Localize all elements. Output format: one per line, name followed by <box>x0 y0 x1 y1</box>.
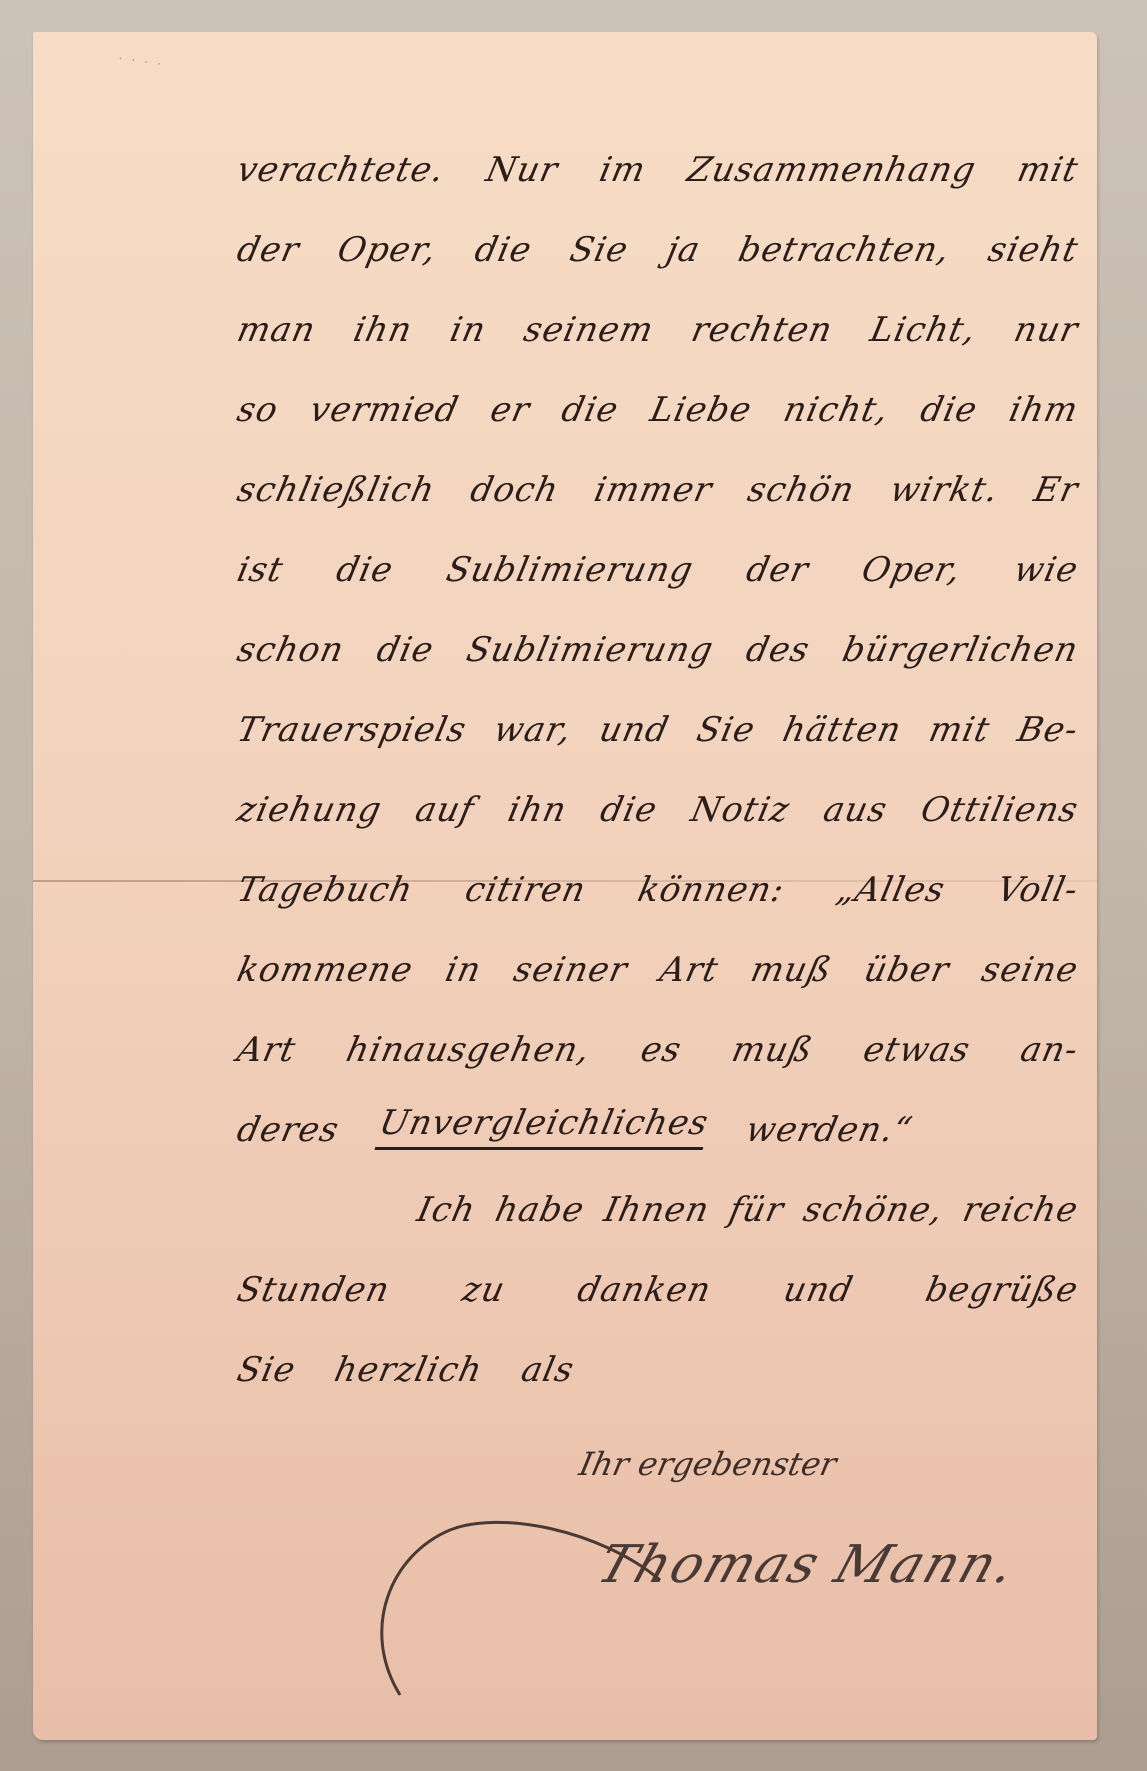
word: mit <box>925 710 993 750</box>
word: schon <box>234 630 348 670</box>
word: die <box>917 390 981 430</box>
word: aus <box>820 790 891 830</box>
word: Tagebuch <box>234 870 417 910</box>
word: sieht <box>985 230 1083 270</box>
word: und <box>780 1270 857 1310</box>
word: immer <box>591 470 716 510</box>
word: Trauerspiels <box>234 710 471 750</box>
word: Ihnen <box>600 1190 713 1230</box>
word: auf <box>412 790 478 830</box>
word: war, <box>490 710 575 750</box>
word: als <box>518 1350 578 1390</box>
letter-line: kommeneinseinerArtmußüberseine <box>234 930 1087 990</box>
word: es <box>637 1030 685 1070</box>
word: Sie <box>234 1350 300 1390</box>
word: ihn <box>504 790 570 830</box>
word: Oper, <box>858 550 965 590</box>
word: an- <box>1017 1030 1082 1070</box>
word: kommene <box>234 950 417 990</box>
word: deres <box>234 1110 343 1150</box>
word: ist <box>234 550 288 590</box>
letter-line: manihninseinemrechtenLicht,nur <box>234 290 1087 350</box>
letter-line: IchhabeIhnenfürschöne,reiche <box>414 1170 1087 1230</box>
word: Notiz <box>687 790 793 830</box>
word: Ottiliens <box>917 790 1082 830</box>
word: Sie <box>566 230 632 270</box>
word: Voll- <box>993 870 1082 910</box>
word: ziehung <box>234 790 386 830</box>
letter-line: derOper,dieSiejabetrachten,sieht <box>234 210 1087 270</box>
word: schließlich <box>234 470 439 510</box>
closing-phrase: Ihr ergebenster <box>576 1445 840 1483</box>
word: Unvergleichliches <box>374 1103 712 1150</box>
word: herzlich <box>331 1350 486 1390</box>
word: betrachten, <box>735 230 954 270</box>
word: in <box>442 950 485 990</box>
word: Stunden <box>234 1270 394 1310</box>
word: werden.“ <box>742 1110 916 1150</box>
letter-line: Tagebuchcitirenkönnen:„AllesVoll- <box>234 850 1087 910</box>
word: er <box>487 390 534 430</box>
word: wie <box>1010 550 1082 590</box>
word: die <box>558 390 622 430</box>
word: etwas <box>860 1030 974 1070</box>
word: bürgerlichen <box>839 630 1082 670</box>
word: so <box>234 390 282 430</box>
word: Er <box>1030 470 1082 510</box>
word: des <box>743 630 814 670</box>
word: Nur <box>482 150 561 190</box>
letter-line: istdieSublimierungderOper,wie <box>234 530 1087 590</box>
pencil-mark: · · · · <box>117 51 164 73</box>
word: reiche <box>959 1190 1082 1230</box>
word: Oper, <box>334 230 441 270</box>
signature: Thomas Mann. <box>590 1535 1024 1595</box>
letter-line: deresUnvergleichlicheswerden.“ <box>234 1090 921 1150</box>
letter-line: Arthinausgehen,esmußetwasan- <box>234 1010 1087 1070</box>
word: im <box>596 150 650 190</box>
word: Art <box>656 950 722 990</box>
word: in <box>447 310 490 350</box>
word: Ich <box>414 1190 480 1230</box>
word: ja <box>663 230 704 270</box>
word: man <box>234 310 320 350</box>
word: muß <box>747 950 835 990</box>
word: ihm <box>1006 390 1083 430</box>
word: seinem <box>520 310 657 350</box>
word: hinausgehen, <box>343 1030 594 1070</box>
word: „Alles <box>833 870 949 910</box>
letter-line: ziehungaufihndieNotizausOttiliens <box>234 770 1087 830</box>
word: Zusammenhang <box>684 150 980 190</box>
word: können: <box>634 870 788 910</box>
letter-line: Trauerspielswar,undSiehättenmitBe- <box>234 690 1087 750</box>
word: rechten <box>688 310 837 350</box>
word: seine <box>978 950 1082 990</box>
word: und <box>596 710 673 750</box>
letter-line: sovermiederdieLiebenicht,dieihm <box>234 370 1087 430</box>
word: der <box>743 550 813 590</box>
word: die <box>373 630 437 670</box>
word: Licht, <box>867 310 980 350</box>
word: schöne, <box>800 1190 947 1230</box>
word: hätten <box>779 710 905 750</box>
word: danken <box>574 1270 715 1310</box>
word: begrüße <box>922 1270 1082 1310</box>
letter-line: Stundenzudankenundbegrüße <box>234 1250 1087 1310</box>
word: seiner <box>510 950 631 990</box>
word: wirkt. <box>887 470 1003 510</box>
word: vermied <box>306 390 462 430</box>
word: mit <box>1014 150 1082 190</box>
word: die <box>471 230 535 270</box>
word: für <box>725 1190 787 1230</box>
word: habe <box>492 1190 589 1230</box>
word: die <box>597 790 661 830</box>
word: Sublimierung <box>443 550 697 590</box>
word: über <box>861 950 954 990</box>
word: verachtete. <box>234 150 449 190</box>
word: die <box>333 550 397 590</box>
word: Art <box>234 1030 300 1070</box>
word: Be- <box>1014 710 1082 750</box>
word: citiren <box>462 870 590 910</box>
word: Liebe <box>647 390 756 430</box>
word: doch <box>467 470 563 510</box>
letter-line: Sieherzlichals <box>234 1330 583 1390</box>
letter-line: schondieSublimierungdesbürgerlichen <box>234 610 1087 670</box>
word: zu <box>459 1270 509 1310</box>
word: der <box>234 230 304 270</box>
letter-line: schließlichdochimmerschönwirkt.Er <box>234 450 1087 510</box>
word: nur <box>1011 310 1083 350</box>
word: ihn <box>350 310 416 350</box>
letter-line: verachtete.NurimZusammenhangmit <box>234 130 1087 190</box>
word: muß <box>728 1030 816 1070</box>
word: Sie <box>693 710 759 750</box>
word: nicht, <box>780 390 893 430</box>
word: Sublimierung <box>463 630 717 670</box>
word: schön <box>744 470 858 510</box>
